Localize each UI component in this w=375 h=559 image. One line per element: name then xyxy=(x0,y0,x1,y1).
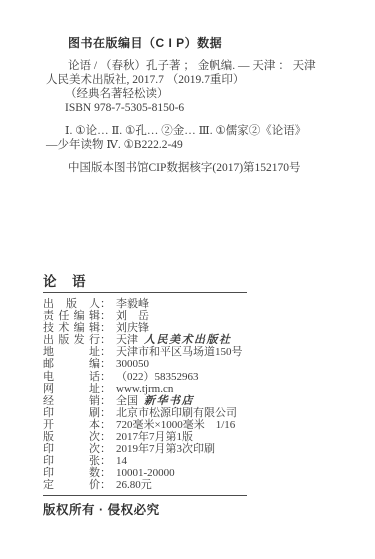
colophon-row-responsible-editor: 责任编辑：刘 岳 xyxy=(43,310,247,322)
colophon-row-phone: 电话：（022）58352963 xyxy=(43,371,247,383)
row-colon: ： xyxy=(100,431,111,443)
cip-section: 图书在版编目（C I P）数据 论语 / （春秋）孔子著 ； 金帆编. — 天津… xyxy=(46,36,346,175)
cip-line: —少年读物 Ⅳ. ①B222.2-49 xyxy=(46,138,346,152)
row-value: 300050 xyxy=(111,358,149,370)
colophon-row-printer: 印刷：北京市松源印刷有限公司 xyxy=(43,407,247,419)
book-copyright-page: 图书在版编目（C I P）数据 论语 / （春秋）孔子著 ； 金帆编. — 天津… xyxy=(0,0,375,559)
colophon-row-publisher-person: 出版人：李毅峰 xyxy=(43,298,247,310)
divider-rule xyxy=(43,495,247,496)
row-value: 2017年7月第1版 xyxy=(111,431,193,443)
row-value: 刘 岳 xyxy=(111,310,149,322)
row-colon: ： xyxy=(100,371,111,383)
row-colon: ： xyxy=(100,443,111,455)
cip-catalog-number: 中国版本图书馆CIP数据核字(2017)第152170号 xyxy=(68,161,346,175)
row-value: （022）58352963 xyxy=(111,371,199,383)
row-label: 版次 xyxy=(43,431,100,443)
cip-line: Ⅰ. ①论… Ⅱ. ①孔… ②金… Ⅲ. ①儒家②《论语》 xyxy=(65,124,346,138)
row-label: 定价 xyxy=(43,479,100,491)
colophon-row-sheets: 印张：14 xyxy=(43,455,247,467)
colophon-section: 论 语 出版人：李毅峰 责任编辑：刘 岳 技术编辑：刘庆锋 出版发行：天津人民美… xyxy=(43,270,247,518)
cip-line: 论语 / （春秋）孔子著 ； 金帆编. — 天津 ： 天津 xyxy=(68,59,346,73)
row-colon: ： xyxy=(100,467,111,479)
colophon-row-address: 地址：天津市和平区马场道150号 xyxy=(43,346,247,358)
row-value: 10001-20000 xyxy=(111,467,175,479)
colophon-row-website: 网址：www.tjrm.cn xyxy=(43,383,247,395)
colophon-row-price: 定价：26.80元 xyxy=(43,479,247,491)
row-value: 天津 xyxy=(111,334,138,346)
row-colon: ： xyxy=(100,419,111,431)
row-value: 14 xyxy=(111,455,127,467)
colophon-row-publisher: 出版发行：天津人民美术出版社 xyxy=(43,334,247,346)
cip-line: 人民美术出版社, 2017.7 （2019.7重印） xyxy=(46,73,346,87)
row-value: 北京市松源印刷有限公司 xyxy=(111,407,237,419)
row-label: 印刷 xyxy=(43,407,100,419)
row-label: 印数 xyxy=(43,467,100,479)
row-colon: ： xyxy=(100,346,111,358)
row-colon: ： xyxy=(100,407,111,419)
copyright-notice: 版权所有 · 侵权必究 xyxy=(43,500,247,518)
book-title: 论 语 xyxy=(43,270,247,293)
cip-line: ISBN 978-7-5305-8150-6 xyxy=(65,101,346,115)
cip-header: 图书在版编目（C I P）数据 xyxy=(68,36,346,50)
bookstore-logotype: 新华书店 xyxy=(144,395,194,407)
row-value: 天津市和平区马场道150号 xyxy=(111,346,243,358)
cip-line: （经典名著轻松读） xyxy=(65,87,346,101)
row-colon: ： xyxy=(100,334,111,346)
colophon-row-print-run: 印数：10001-20000 xyxy=(43,467,247,479)
colophon-row-edition: 版次：2017年7月第1版 xyxy=(43,431,247,443)
row-value: www.tjrm.cn xyxy=(111,383,173,395)
colophon-row-printing: 印次：2019年7月第3次印刷 xyxy=(43,443,247,455)
row-value: 720毫米×1000毫米 1/16 xyxy=(111,419,235,431)
publisher-logotype: 人民美术出版社 xyxy=(144,334,232,346)
row-value: 李毅峰 xyxy=(111,298,149,310)
row-label: 出版人 xyxy=(43,298,100,310)
row-label: 印次 xyxy=(43,443,100,455)
row-value: 2019年7月第3次印刷 xyxy=(111,443,215,455)
row-colon: ： xyxy=(100,310,111,322)
row-label: 印张 xyxy=(43,455,100,467)
row-value: 26.80元 xyxy=(111,479,152,491)
row-colon: ： xyxy=(100,395,111,407)
row-colon: ： xyxy=(100,455,111,467)
row-label: 电话 xyxy=(43,371,100,383)
row-label: 出版发行 xyxy=(43,334,100,346)
colophon-row-postcode: 邮编：300050 xyxy=(43,358,247,370)
row-label: 开本 xyxy=(43,419,100,431)
row-value: 全国 xyxy=(111,395,138,407)
row-label: 网址 xyxy=(43,383,100,395)
colophon-row-distributor: 经销：全国新华书店 xyxy=(43,395,247,407)
colophon-rows: 出版人：李毅峰 责任编辑：刘 岳 技术编辑：刘庆锋 出版发行：天津人民美术出版社… xyxy=(43,298,247,492)
row-label: 责任编辑 xyxy=(43,310,100,322)
row-colon: ： xyxy=(100,322,111,334)
row-colon: ： xyxy=(100,298,111,310)
row-label: 经销 xyxy=(43,395,100,407)
row-label: 邮编 xyxy=(43,358,100,370)
colophon-row-format: 开本：720毫米×1000毫米 1/16 xyxy=(43,419,247,431)
row-colon: ： xyxy=(100,479,111,491)
colophon-row-technical-editor: 技术编辑：刘庆锋 xyxy=(43,322,247,334)
row-label: 地址 xyxy=(43,346,100,358)
row-colon: ： xyxy=(100,383,111,395)
row-value: 刘庆锋 xyxy=(111,322,149,334)
row-label: 技术编辑 xyxy=(43,322,100,334)
row-colon: ： xyxy=(100,358,111,370)
